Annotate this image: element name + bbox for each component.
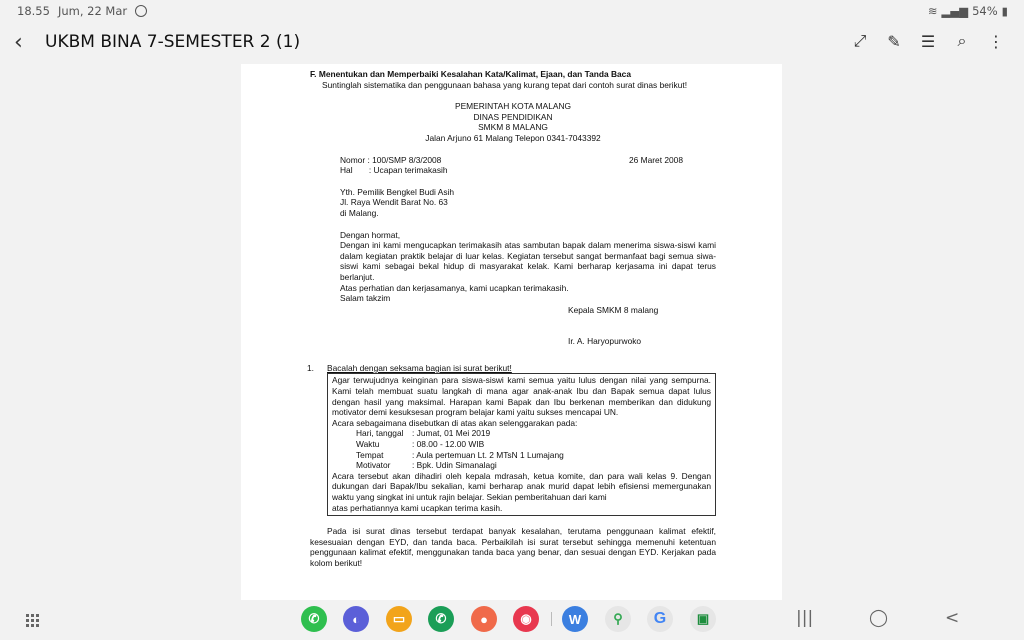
section-heading: F. Menentukan dan Memperbaiki Kesalahan …: [310, 69, 716, 80]
more-vertical-icon[interactable]: ⋮: [986, 31, 1006, 51]
signer-name: Ir. A. Haryopurwoko: [340, 336, 716, 347]
document-page[interactable]: F. Menentukan dan Memperbaiki Kesalahan …: [241, 64, 782, 600]
signal-icon: ▂▄▆: [942, 4, 969, 18]
excerpt-paragraph: Acara tersebut akan dihadiri oleh kepala…: [332, 471, 711, 503]
status-date: Jum, 22 Mar: [58, 4, 127, 18]
recipient-line: Yth. Pemilik Bengkel Budi Asih: [340, 187, 683, 198]
recents-button[interactable]: |||: [796, 608, 813, 628]
detail-row: Waktu: 08.00 - 12.00 WIB: [356, 439, 711, 450]
letter-date: 26 Maret 2008: [629, 155, 683, 166]
taskbar: ✆ ◐ ▭ ✆ ● ◉ W ⚲ G ▣ ||| ◯ <: [0, 600, 1024, 640]
intro-text: Suntinglah sistematika dan penggunaan ba…: [310, 80, 716, 91]
letterhead-line: DINAS PENDIDIKAN: [310, 112, 716, 123]
question-text: Bacalah dengan seksama bagian isi surat …: [327, 363, 512, 374]
battery-percent: 54%: [972, 4, 998, 18]
letter-number: Nomor : 100/SMP 8/3/2008: [340, 155, 441, 166]
app-bar: ‹ UKBM BINA 7-SEMESTER 2 (1) ⤢ ✎ ☰ ⌕ ⋮: [0, 22, 1024, 64]
contacts-app-icon[interactable]: ●: [471, 606, 497, 632]
expand-icon[interactable]: ⤢: [850, 31, 870, 51]
nav-back-button[interactable]: <: [945, 608, 959, 628]
wps-office-app-icon[interactable]: W: [562, 606, 588, 632]
classroom-app-icon[interactable]: ▣: [690, 606, 716, 632]
status-time: 18.55: [17, 4, 50, 18]
wifi-icon: ≋: [928, 4, 938, 18]
signer-title: Kepala SMKM 8 malang: [340, 305, 716, 316]
phone-app-icon[interactable]: ✆: [428, 606, 454, 632]
question-number: 1.: [307, 363, 327, 374]
closing-line: Atas perhatian dan kerjasamanya, kami uc…: [340, 283, 716, 294]
letterhead-line: Jalan Arjuno 61 Malang Telepon 0341-7043…: [310, 133, 716, 144]
salam: Salam takzim: [340, 293, 716, 304]
document-content: F. Menentukan dan Memperbaiki Kesalahan …: [310, 69, 716, 569]
excerpt-paragraph: atas perhatiannya kami ucapkan terima ka…: [332, 503, 711, 514]
recipient-line: di Malang.: [340, 208, 683, 219]
edit-icon[interactable]: ✎: [884, 31, 904, 51]
detail-row: Hari, tanggal: Jumat, 01 Mei 2019: [356, 428, 711, 439]
excerpt-paragraph: Agar terwujudnya keinginan para siswa-si…: [332, 375, 711, 417]
instruction-text: Pada isi surat dinas tersebut terdapat b…: [310, 526, 716, 568]
google-app-icon[interactable]: G: [647, 606, 673, 632]
excerpt-paragraph: Acara sebagaimana disebutkan di atas aka…: [332, 418, 711, 429]
letterhead-line: SMKM 8 MALANG: [310, 122, 716, 133]
document-icon[interactable]: ☰: [918, 31, 938, 51]
whatsapp-app-icon[interactable]: ✆: [301, 606, 327, 632]
recipient-line: Jl. Raya Wendit Barat No. 63: [340, 197, 683, 208]
status-bar: 18.55 Jum, 22 Mar ≋ ▂▄▆ 54% ▮: [0, 0, 1024, 22]
detail-row: Motivator: Bpk. Udin Simanalagi: [356, 460, 711, 471]
internet-app-icon[interactable]: ◐: [343, 606, 369, 632]
battery-icon: ▮: [1002, 4, 1008, 18]
app-drawer-button[interactable]: [0, 600, 64, 640]
search-icon[interactable]: ⌕: [952, 31, 972, 51]
whatsapp-icon: [135, 5, 147, 17]
detail-row: Tempat: Aula pertemuan Lt. 2 MTsN 1 Luma…: [356, 450, 711, 461]
screen-recorder-app-icon[interactable]: ◉: [513, 606, 539, 632]
greeting: Dengan hormat,: [340, 230, 683, 241]
letter-body: Dengan ini kami mengucapkan terimakasih …: [340, 240, 716, 282]
document-title: UKBM BINA 7-SEMESTER 2 (1): [45, 32, 300, 52]
home-button[interactable]: ◯: [869, 608, 888, 628]
maps-app-icon[interactable]: ⚲: [605, 606, 631, 632]
dock-divider: [551, 612, 552, 626]
letterhead-line: PEMERINTAH KOTA MALANG: [310, 101, 716, 112]
back-button[interactable]: ‹: [14, 30, 23, 55]
apps-grid-icon: [26, 614, 39, 627]
letter-subject: Hal : Ucapan terimakasih: [340, 165, 683, 176]
letter-excerpt-box: Agar terwujudnya keinginan para siswa-si…: [327, 373, 716, 516]
files-app-icon[interactable]: ▭: [386, 606, 412, 632]
